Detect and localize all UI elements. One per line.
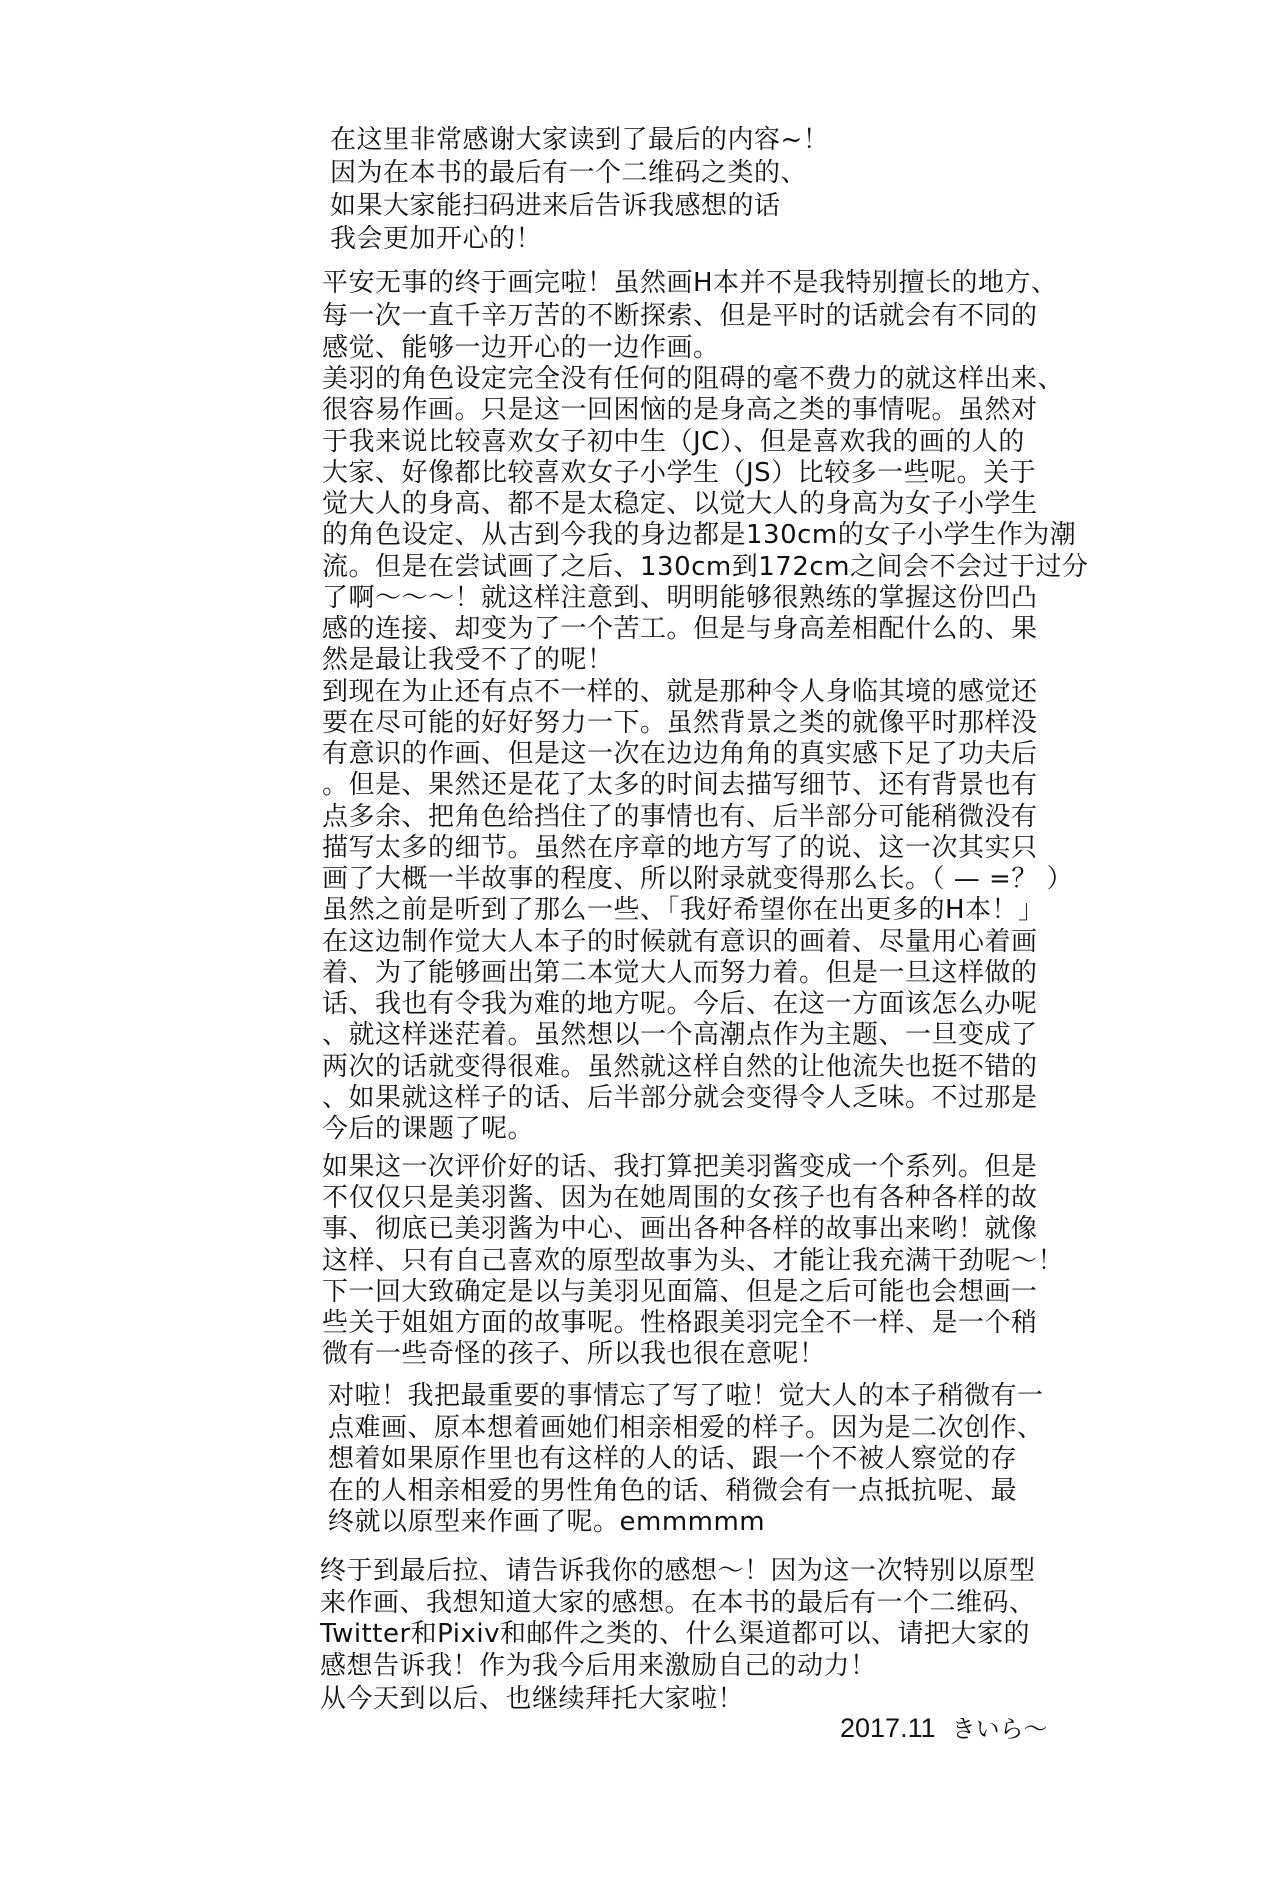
text-line: 感觉、能够一边开心的一边作画。 <box>322 332 1058 365</box>
text-line: 的角色设定、从古到今我的身边都是130cm的女子小学生作为潮 <box>322 520 1089 551</box>
intro-note: 在这里非常感谢大家读到了最后的内容~！ 因为在本书的最后有一个二维码之类的、 如… <box>330 124 829 256</box>
text-line: 。但是、果然还是花了太多的时间去描写细节、还有背景也有 <box>322 770 1089 801</box>
text-line: 对啦！我把最重要的事情忘了写了啦！觉大人的本子稍微有一 <box>328 1381 1044 1413</box>
intro-line: 我会更加开心的！ <box>330 223 829 256</box>
text-line: 在的人相亲相爱的男性角色的话、稍微会有一点抵抗呢、最 <box>328 1476 1044 1508</box>
text-line: 要在尽可能的好好努力一下。虽然背景之类的就像平时那样没 <box>322 708 1089 739</box>
text-line: 点难画、原本想着画她们相亲相爱的样子。因为是二次创作、 <box>328 1413 1044 1445</box>
text-line: 话、我也有令我为难的地方呢。今后、在这一方面该怎么办呢 <box>322 989 1089 1020</box>
text-line: 画了大概一半故事的程度、所以附录就变得那么长。（ — =？ ） <box>322 864 1089 895</box>
text-line: 流。但是在尝试画了之后、130cm到172cm之间会不会过于过分 <box>322 552 1089 583</box>
text-line: 虽然之前是听到了那么一些、「我好希望你在出更多的H本！」 <box>322 895 1089 926</box>
text-line: 描写太多的细节。虽然在序章的地方写了的说、这一次其实只 <box>322 833 1089 864</box>
text-line: 感的连接、却变为了一个苦工。但是与身高差相配什么的、果 <box>322 614 1089 645</box>
text-line: 每一次一直千辛万苦的不断探索、但是平时的话就会有不同的 <box>322 300 1058 333</box>
text-line: 如果这一次评价好的话、我打算把美羽酱变成一个系列。但是 <box>322 1152 1064 1183</box>
text-line: 了啊～～～！就这样注意到、明明能够很熟练的掌握这份凹凸 <box>322 583 1089 614</box>
text-line: 到现在为止还有点不一样的、就是那种令人身临其境的感觉还 <box>322 677 1089 708</box>
paragraph-series-plans: 如果这一次评价好的话、我打算把美羽酱变成一个系列。但是 不仅仅只是美羽酱、因为在… <box>322 1152 1064 1370</box>
text-line: 终于到最后拉、请告诉我你的感想～！因为这一次特别以原型 <box>320 1556 1036 1588</box>
text-line: 点多余、把角色给挡住了的事情也有、后半部分可能稍微没有 <box>322 802 1089 833</box>
text-line: 事、彻底已美羽酱为中心、画出各种各样的故事出来哟！就像 <box>322 1214 1064 1245</box>
intro-line: 在这里非常感谢大家读到了最后的内容~！ <box>330 124 829 157</box>
text-line: 美羽的角色设定完全没有任何的阻碍的毫不费力的就这样出来、 <box>322 364 1089 395</box>
text-line: 大家、好像都比较喜欢女子小学生（JS）比较多一些呢。关于 <box>322 458 1089 489</box>
signature-date: 2017.11 <box>840 1713 936 1743</box>
text-line: 想着如果原作里也有这样的人的话、跟一个不被人察觉的存 <box>328 1444 1044 1476</box>
text-line: 然是最让我受不了的呢！ <box>322 645 1089 676</box>
text-line: 来作画、我想知道大家的感想。在本书的最后有一个二维码、 <box>320 1588 1036 1620</box>
text-line: 很容易作画。只是这一回困恼的是身高之类的事情呢。虽然对 <box>322 395 1089 426</box>
closing-line: 从今天到以后、也继续拜托大家啦！ <box>320 1683 744 1715</box>
paragraph-feedback-request: 终于到最后拉、请告诉我你的感想～！因为这一次特别以原型 来作画、我想知道大家的感… <box>320 1556 1036 1682</box>
text-line: 平安无事的终于画完啦！虽然画H本并不是我特别擅长的地方、 <box>322 267 1058 300</box>
text-line: 有意识的作画、但是这一次在边边角角的真实感下足了功夫后 <box>322 739 1089 770</box>
text-line: 感想告诉我！作为我今后用来激励自己的动力！ <box>320 1651 1036 1683</box>
text-line: 终就以原型来作画了呢。emmmmm <box>328 1507 1044 1539</box>
text-line: 在这边制作觉大人本子的时候就有意识的画着、尽量用心着画 <box>322 927 1089 958</box>
paragraph-character-design: 美羽的角色设定完全没有任何的阻碍的毫不费力的就这样出来、 很容易作画。只是这一回… <box>322 364 1089 1145</box>
closing-note: 从今天到以后、也继续拜托大家啦！ <box>320 1683 744 1715</box>
text-line: 这样、只有自己喜欢的原型故事为头、才能让我充满干劲呢～！ <box>322 1246 1064 1277</box>
intro-line: 因为在本书的最后有一个二维码之类的、 <box>330 157 829 190</box>
paragraph-finished: 平安无事的终于画完啦！虽然画H本并不是我特别擅长的地方、 每一次一直千辛万苦的不… <box>322 267 1058 365</box>
text-line: 下一回大致确定是以与美羽见面篇、但是之后可能也会想画一 <box>322 1277 1064 1308</box>
text-line: 今后的课题了呢。 <box>322 1114 1089 1145</box>
text-line: 着、为了能够画出第二本觉大人而努力着。但是一旦这样做的 <box>322 958 1089 989</box>
paragraph-forgot-note: 对啦！我把最重要的事情忘了写了啦！觉大人的本子稍微有一 点难画、原本想着画她们相… <box>328 1381 1044 1539</box>
text-line: 觉大人的身高、都不是太稳定、以觉大人的身高为女子小学生 <box>322 489 1089 520</box>
text-line: 两次的话就变得很难。虽然就这样自然的让他流失也挺不错的 <box>322 1052 1089 1083</box>
signature-author: きいら～ <box>952 1715 1048 1743</box>
text-line: 于我来说比较喜欢女子初中生（JC）、但是喜欢我的画的人的 <box>322 427 1089 458</box>
text-line: 、如果就这样子的话、后半部分就会变得令人乏味。不过那是 <box>322 1083 1089 1114</box>
text-line: 、就这样迷茫着。虽然想以一个高潮点作为主题、一旦变成了 <box>322 1020 1089 1051</box>
intro-line: 如果大家能扫码进来后告诉我感想的话 <box>330 190 829 223</box>
signature: 2017.11きいら～ <box>840 1712 1048 1745</box>
afterword-page: 在这里非常感谢大家读到了最后的内容~！ 因为在本书的最后有一个二维码之类的、 如… <box>0 0 1280 1892</box>
text-line: 不仅仅只是美羽酱、因为在她周围的女孩子也有各种各样的故 <box>322 1183 1064 1214</box>
text-line: 些关于姐姐方面的故事呢。性格跟美羽完全不一样、是一个稍 <box>322 1308 1064 1339</box>
text-line: 微有一些奇怪的孩子、所以我也很在意呢！ <box>322 1339 1064 1370</box>
text-line: Twitter和Pixiv和邮件之类的、什么渠道都可以、请把大家的 <box>320 1619 1036 1651</box>
